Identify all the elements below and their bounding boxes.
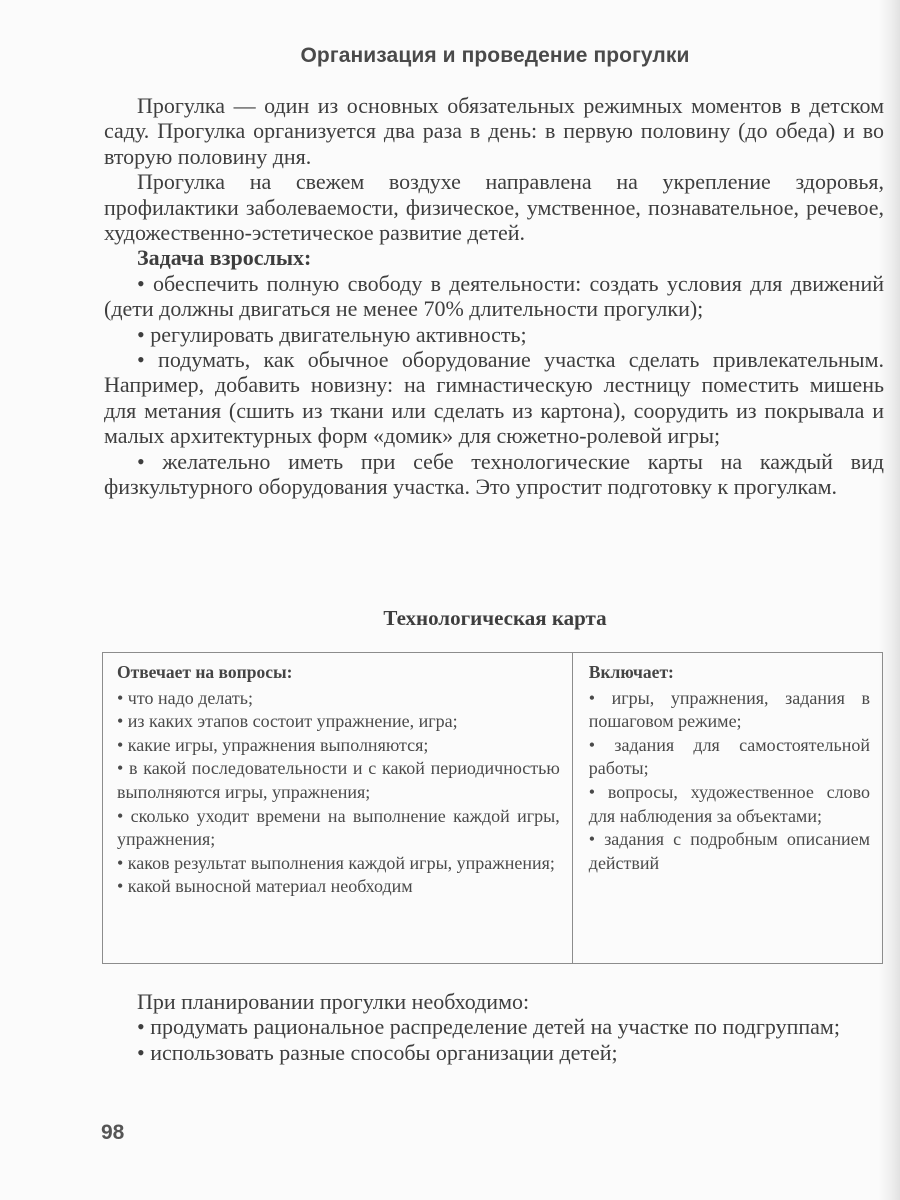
question-item: • что надо делать; [117, 687, 560, 711]
planning-item: • продумать рациональное распределение д… [104, 1014, 884, 1039]
adult-tasks-heading: Задача взрослых: [104, 245, 884, 270]
tech-card-includes-column: Включает: • игры, упражнения, задания в … [573, 653, 882, 963]
includes-item: • задания для самостоятельной работы; [589, 734, 870, 781]
adult-task-item: • подумать, как обычное оборудование уча… [104, 347, 884, 449]
planning-section: При планировании прогулки необходимо: • … [104, 989, 884, 1065]
includes-item: • вопросы, художественное слово для набл… [589, 781, 870, 828]
tech-card-questions-column: Отвечает на вопросы: • что надо делать; … [103, 653, 573, 963]
page-number: 98 [101, 1121, 124, 1145]
includes-item: • задания с подробным описанием действий [589, 828, 870, 875]
question-item: • в какой последовательности и с какой п… [117, 757, 560, 804]
intro-paragraph: Прогулка на свежем воздухе направлена на… [104, 169, 884, 245]
intro-paragraph: Прогулка — один из основных обязательных… [104, 93, 884, 169]
adult-task-item: • обеспечить полную свободу в деятельнос… [104, 271, 884, 322]
includes-heading: Включает: [589, 661, 870, 685]
question-item: • сколько уходит времени на выполнение к… [117, 805, 560, 852]
planning-item: • использовать разные способы организаци… [104, 1040, 884, 1065]
tech-card-table: Отвечает на вопросы: • что надо делать; … [102, 652, 883, 964]
adult-task-item: • желательно иметь при себе технологичес… [104, 449, 884, 500]
question-item: • каков результат выполнения каждой игры… [117, 852, 560, 876]
tech-card-title: Технологическая карта [0, 606, 900, 631]
planning-intro: При планировании прогулки необходимо: [104, 989, 884, 1014]
intro-section: Прогулка — один из основных обязательных… [104, 93, 884, 500]
page-title: Организация и проведение прогулки [0, 44, 900, 68]
question-item: • какой выносной материал необходим [117, 875, 560, 899]
question-item: • какие игры, упражнения выполняются; [117, 734, 560, 758]
question-item: • из каких этапов состоит упражнение, иг… [117, 710, 560, 734]
questions-heading: Отвечает на вопросы: [117, 661, 560, 685]
adult-task-item: • регулировать двигательную активность; [104, 322, 884, 347]
includes-item: • игры, упражнения, задания в пошаговом … [589, 687, 870, 734]
